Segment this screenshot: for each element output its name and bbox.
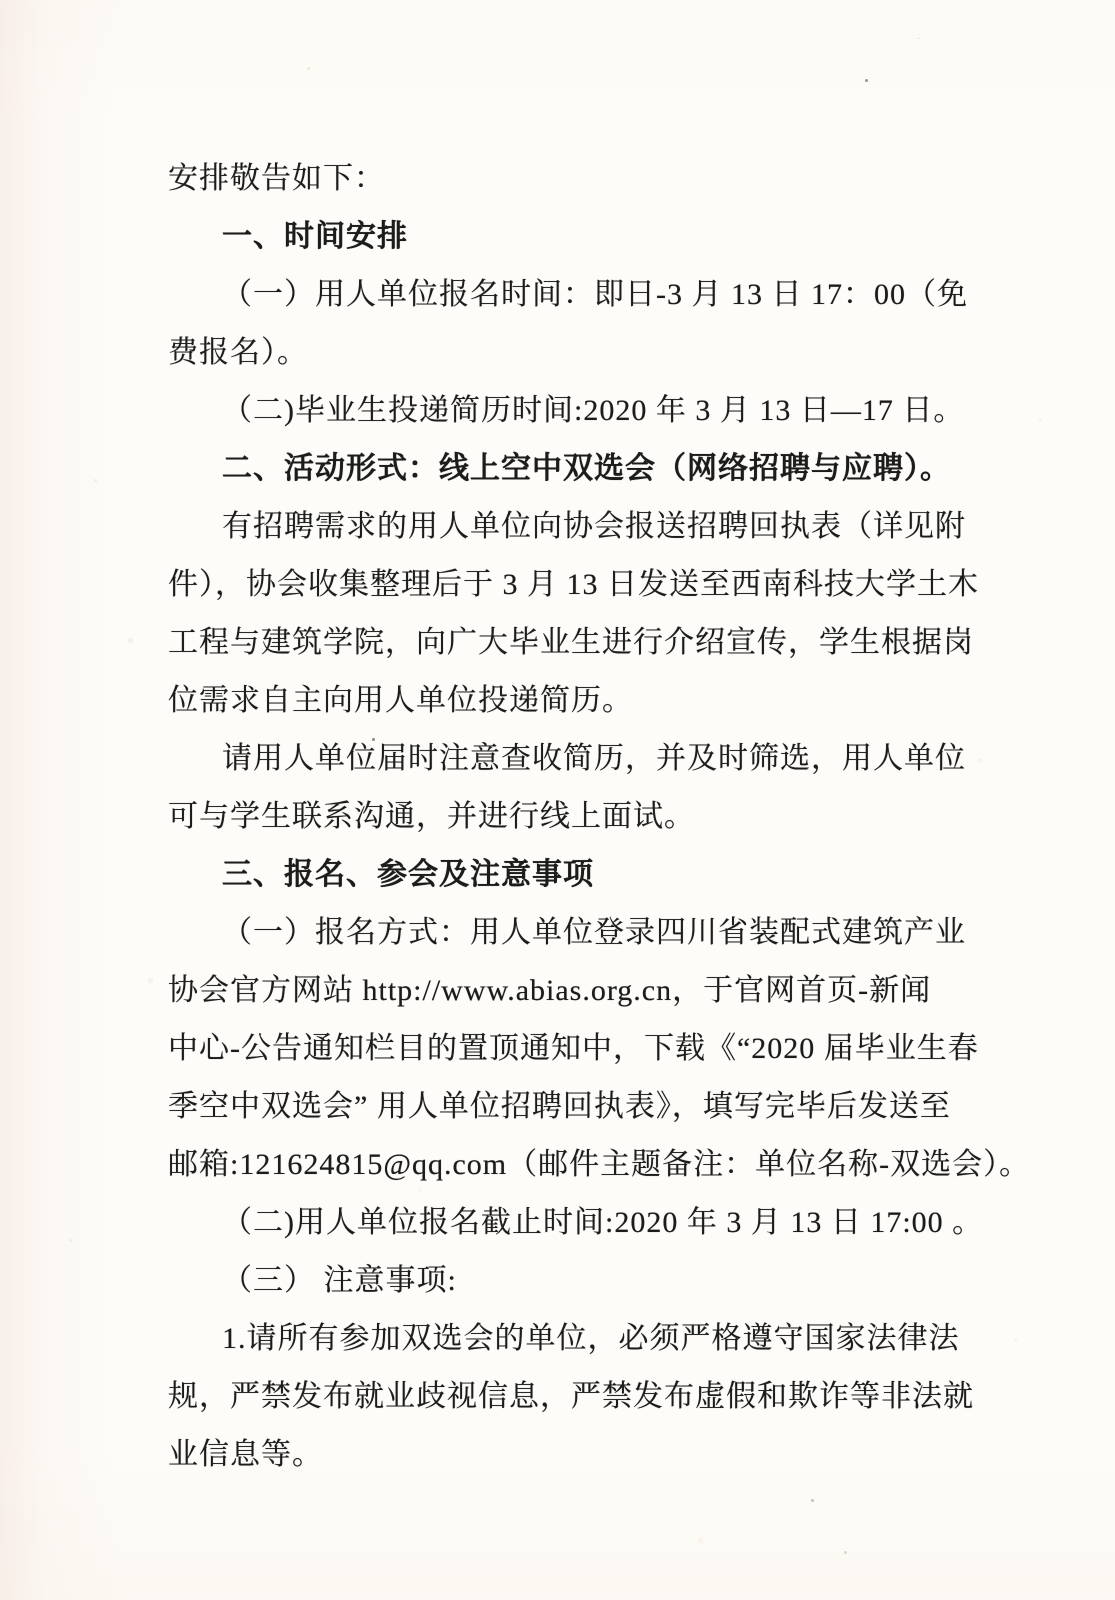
document-page: 安排敬告如下：一、时间安排（一）用人单位报名时间：即日-3 月 13 日 17：… [0,0,1115,1600]
document-text: 安排敬告如下：一、时间安排（一）用人单位报名时间：即日-3 月 13 日 17：… [168,150,968,1484]
text-line: 协会官方网站 http://www.abias.org.cn，于官网首页-新闻 [168,962,968,1020]
scan-speckles [0,0,1,1]
text-line: 1.请所有参加双选会的单位，必须严格遵守国家法律法 [168,1310,968,1368]
text-line: （三） 注意事项: [168,1252,968,1310]
text-line: 三、报名、参会及注意事项 [168,846,968,904]
text-line: 二、活动形式：线上空中双选会（网络招聘与应聘）。 [168,440,968,498]
text-line: （一）报名方式：用人单位登录四川省装配式建筑产业 [168,904,968,962]
text-line: 件），协会收集整理后于 3 月 13 日发送至西南科技大学土木 [168,556,968,614]
text-line: 请用人单位届时注意查收简历，并及时筛选，用人单位 [168,730,968,788]
text-line: 中心-公告通知栏目的置顶通知中，下载《“2020 届毕业生春 [168,1020,968,1078]
text-line: 邮箱:121624815@qq.com（邮件主题备注：单位名称-双选会）。 [168,1136,968,1194]
text-line: 费报名）。 [168,324,968,382]
text-line: 规，严禁发布就业歧视信息，严禁发布虚假和欺诈等非法就 [168,1368,968,1426]
text-line: 季空中双选会” 用人单位招聘回执表》，填写完毕后发送至 [168,1078,968,1136]
text-line: 有招聘需求的用人单位向协会报送招聘回执表（详见附 [168,498,968,556]
text-line: （一）用人单位报名时间：即日-3 月 13 日 17：00（免 [168,266,968,324]
text-line: 安排敬告如下： [168,150,968,208]
text-line: 业信息等。 [168,1426,968,1484]
text-line: 位需求自主向用人单位投递简历。 [168,672,968,730]
text-line: 一、时间安排 [168,208,968,266]
text-line: （二)毕业生投递简历时间:2020 年 3 月 13 日—17 日。 [168,382,968,440]
text-line: 可与学生联系沟通，并进行线上面试。 [168,788,968,846]
text-line: （二)用人单位报名截止时间:2020 年 3 月 13 日 17:00 。 [168,1194,968,1252]
text-line: 工程与建筑学院，向广大毕业生进行介绍宣传，学生根据岗 [168,614,968,672]
